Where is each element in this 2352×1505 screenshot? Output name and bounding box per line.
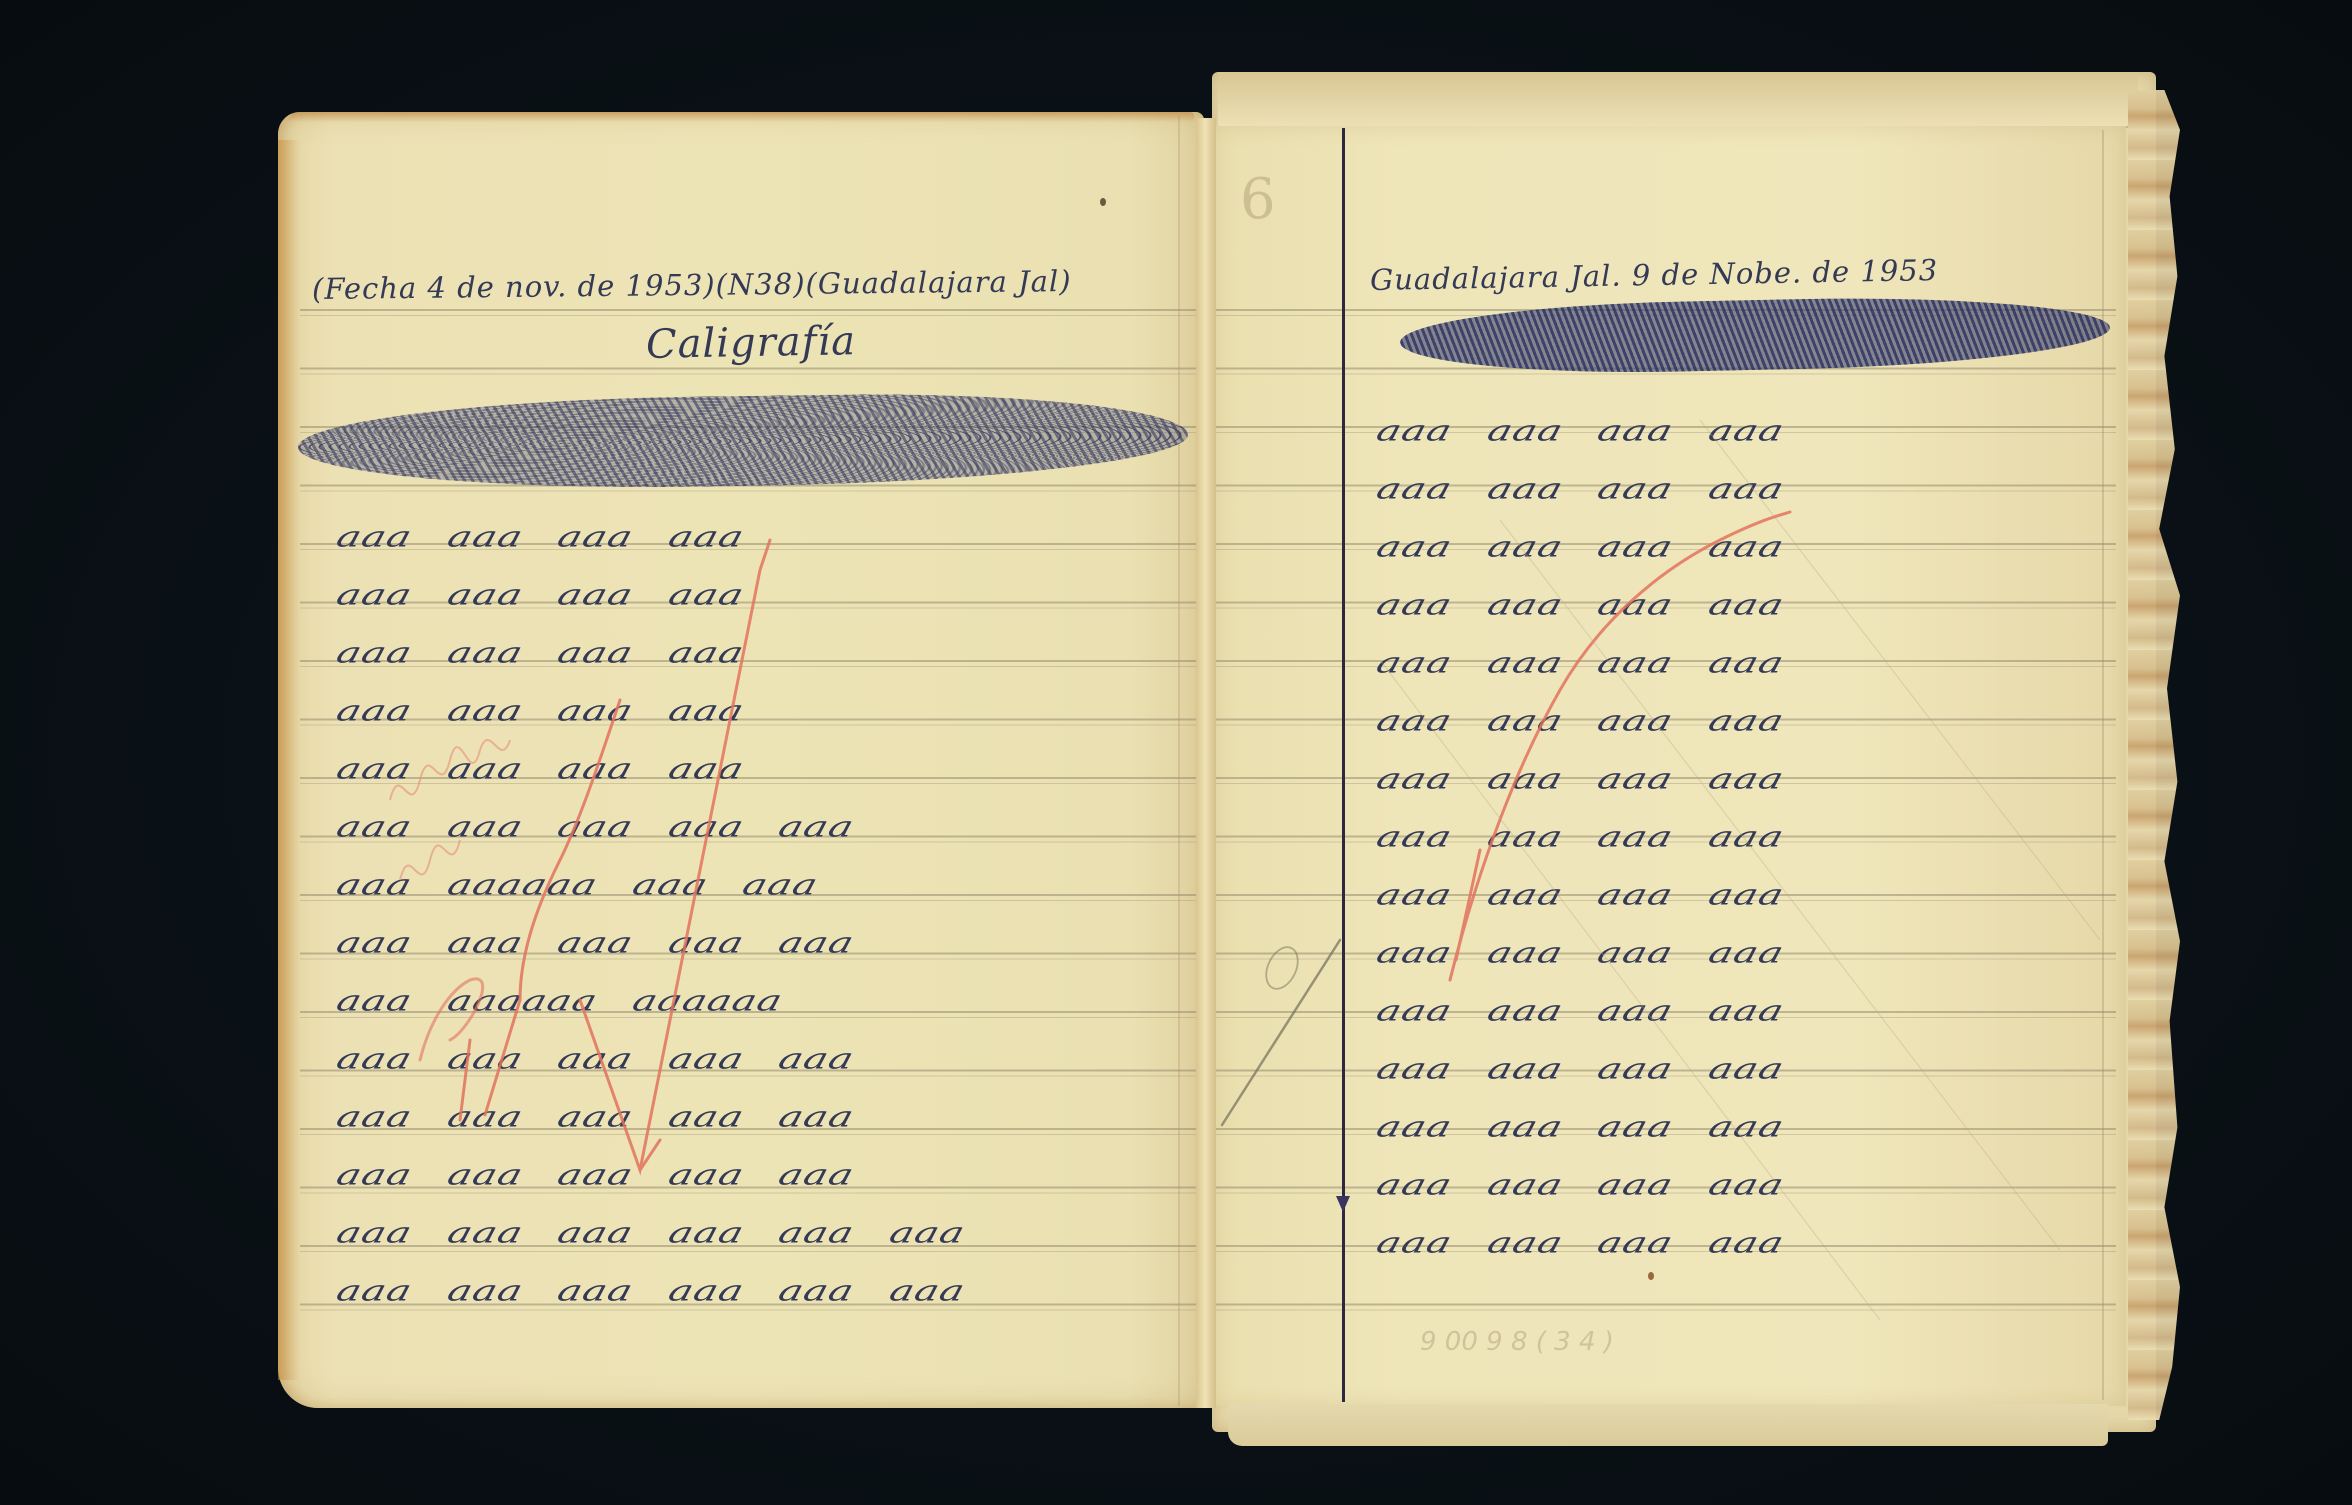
practice-row: aaaaaaaaaaaa bbox=[1372, 510, 2112, 568]
practice-row: aaaaaaaaaaaa bbox=[332, 674, 1192, 732]
practice-row: aaaaaaaaaaaaaaa bbox=[332, 1138, 1192, 1196]
frayed-page-edges bbox=[2128, 90, 2180, 1420]
spine-gutter bbox=[1196, 118, 1216, 1408]
practice-row: aaaaaaaaaaaaaaa bbox=[332, 790, 1192, 848]
practice-row: aaaaaaaaaaaa bbox=[1372, 1206, 2112, 1264]
practice-row: aaaaaaaaaaaa bbox=[1372, 626, 2112, 684]
practice-row: aaaaaaaaaaaaaaaaaa bbox=[332, 1254, 1192, 1312]
practice-row: aaaaaaaaaaaa bbox=[1372, 1148, 2112, 1206]
practice-row: aaaaaaaaaaaa bbox=[1372, 684, 2112, 742]
practice-row: aaaaaaaaaaaa bbox=[332, 732, 1192, 790]
practice-row: aaaaaaaaaaaa bbox=[332, 500, 1192, 558]
practice-row: aaaaaaaaaaaaaaa bbox=[332, 964, 1192, 1022]
faint-page-number: 6 bbox=[1240, 170, 1280, 230]
practice-row: aaaaaaaaaaaaaaa bbox=[332, 906, 1192, 964]
practice-row: aaaaaaaaaaaa bbox=[332, 616, 1192, 674]
practice-row: aaaaaaaaaaaa bbox=[1372, 452, 2112, 510]
practice-row: aaaaaaaaaaaa bbox=[1372, 568, 2112, 626]
practice-row: aaaaaaaaaaaaaaa bbox=[332, 1022, 1192, 1080]
left-page-edge-stain bbox=[278, 140, 300, 1380]
practice-row: aaaaaaaaaaaa bbox=[1372, 742, 2112, 800]
practice-row: aaaaaaaaaaaa bbox=[1372, 394, 2112, 452]
practice-row: aaaaaaaaaaaa bbox=[1372, 858, 2112, 916]
practice-row: aaaaaaaaaaaaaaa bbox=[332, 848, 1192, 906]
practice-row: aaaaaaaaaaaa bbox=[1372, 1032, 2112, 1090]
ink-stain bbox=[1648, 1272, 1654, 1280]
practice-row: aaaaaaaaaaaa bbox=[1372, 800, 2112, 858]
practice-row: aaaaaaaaaaaa bbox=[332, 558, 1192, 616]
ink-stain bbox=[1100, 198, 1106, 206]
practice-row: aaaaaaaaaaaa bbox=[1372, 916, 2112, 974]
practice-row: aaaaaaaaaaaaaaa bbox=[332, 1080, 1192, 1138]
practice-row: aaaaaaaaaaaa bbox=[1372, 1090, 2112, 1148]
left-page-title: Caligrafía bbox=[646, 318, 857, 368]
practice-row: aaaaaaaaaaaa bbox=[1372, 974, 2112, 1032]
right-page-bottom-flap bbox=[1228, 1404, 2108, 1446]
right-page-top-fold bbox=[1218, 72, 2138, 128]
margin-arrow-icon bbox=[1336, 1196, 1350, 1212]
practice-row: aaaaaaaaaaaaaaaaaa bbox=[332, 1196, 1192, 1254]
